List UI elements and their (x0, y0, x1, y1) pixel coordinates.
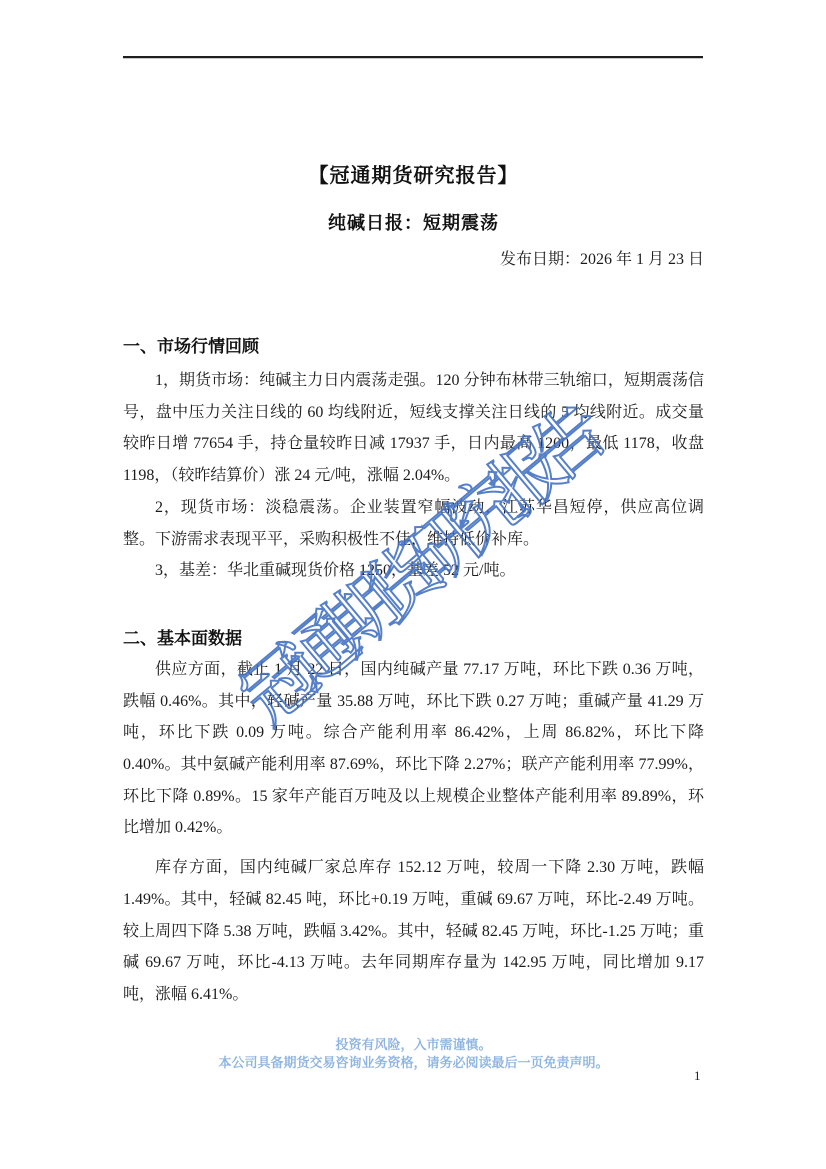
paragraph-inventory: 库存方面，国内纯碱厂家总库存 152.12 万吨，较周一下降 2.30 万吨，跌… (123, 852, 704, 1011)
report-subtitle: 纯碱日报：短期震荡 (123, 211, 704, 235)
section-heading-market-review: 一、市场行情回顾 (123, 336, 704, 358)
disclaimer-footer: 投资有风险，入市需谨慎。 本公司具备期货交易咨询业务资格，请务必阅读最后一页免责… (123, 1036, 704, 1072)
report-page: 【冠通期货研究报告】 纯碱日报：短期震荡 发布日期：2026 年 1 月 23 … (0, 0, 826, 1169)
page-number: 1 (694, 1068, 701, 1084)
paragraph-futures-market: 1，期货市场：纯碱主力日内震荡走强。120 分钟布林带三轨缩口，短期震荡信号，盘… (123, 365, 704, 492)
footer-qualification-notice: 本公司具备期货交易咨询业务资格，请务必阅读最后一页免责声明。 (123, 1054, 704, 1072)
footer-risk-warning: 投资有风险，入市需谨慎。 (123, 1036, 704, 1054)
publish-date: 发布日期：2026 年 1 月 23 日 (123, 249, 704, 271)
header-rule (123, 56, 703, 59)
paragraph-supply: 供应方面，截止 1 月 22 日，国内纯碱产量 77.17 万吨，环比下跌 0.… (123, 654, 704, 844)
report-content: 【冠通期货研究报告】 纯碱日报：短期震荡 发布日期：2026 年 1 月 23 … (123, 162, 704, 1011)
report-title: 【冠通期货研究报告】 (123, 162, 704, 190)
paragraph-spot-market: 2，现货市场：淡稳震荡。企业装置窄幅波动，江苏华昌短停，供应高位调整。下游需求表… (123, 492, 704, 555)
paragraph-basis: 3，基差：华北重碱现货价格 1250，基差 52 元/吨。 (123, 555, 704, 587)
section-heading-fundamentals: 二、基本面数据 (123, 628, 704, 650)
